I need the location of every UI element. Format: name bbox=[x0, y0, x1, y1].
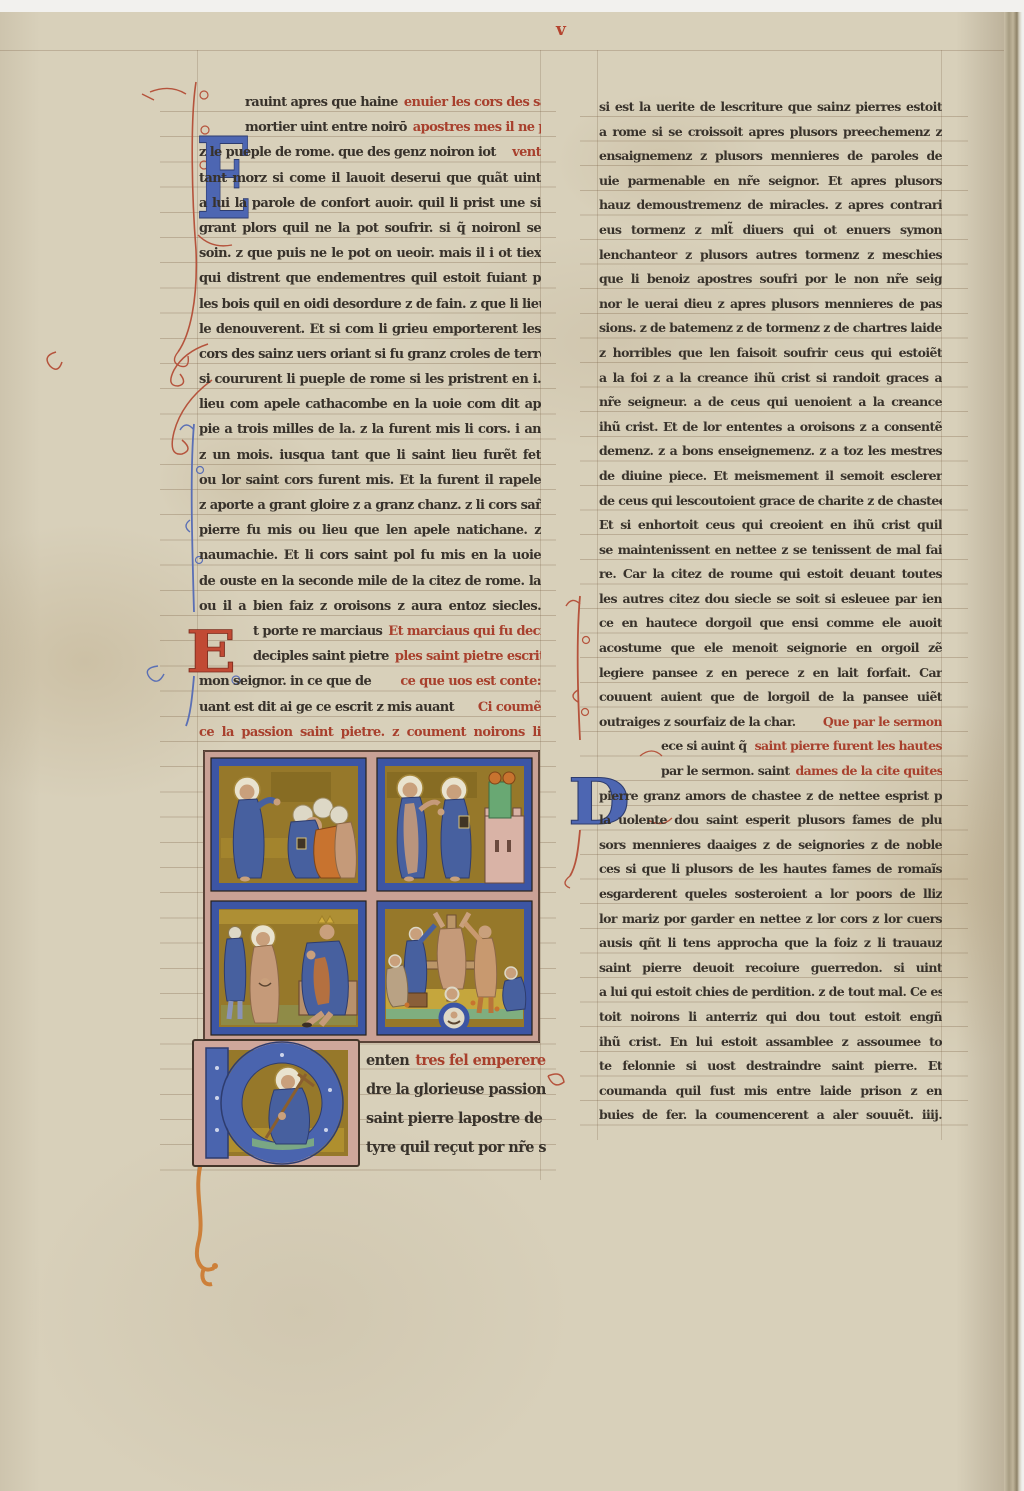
body-text: cors des sainz uers oriant si fu granz c… bbox=[199, 347, 541, 362]
body-text: par le sermon. saint bbox=[661, 759, 790, 784]
text-line: eus tormenz z mlt̃ diuers qui ot enuers … bbox=[599, 218, 942, 243]
text-line: saint pierre lapostre de son mar bbox=[366, 1104, 546, 1133]
body-text: z le pueple de rome. que des genz noiron… bbox=[199, 140, 496, 165]
text-line: saint pierre deuoit recoiure guerredon. … bbox=[599, 956, 942, 981]
text-line: ou il a bien faiz z oroisons z aura ento… bbox=[199, 594, 541, 619]
body-text: sors mennieres daaiges z de seignories z… bbox=[599, 837, 942, 852]
text-line: acostume que ele menoit seignorie en org… bbox=[599, 636, 942, 661]
right-text-column: si est la uerite de lescriture que sainz… bbox=[599, 95, 942, 1128]
text-line: a la foi z a la creance ihũ crist si ran… bbox=[599, 366, 942, 391]
text-line: de ceus qui lescoutoient grace de charit… bbox=[599, 489, 942, 514]
body-text: z aporte a grant gloire z a granz chanz.… bbox=[199, 498, 541, 513]
text-line: de diuine piece. Et meismement il semoit… bbox=[599, 464, 942, 489]
historiated-initial-d bbox=[190, 1038, 370, 1290]
body-text: a la foi z a la creance ihũ crist si ran… bbox=[599, 370, 942, 385]
text-line: lenchanteor z plusors autres tormenz z m… bbox=[599, 243, 942, 268]
body-text: que li benoiz apostres soufri por le non… bbox=[599, 271, 942, 286]
text-line: les bois quil en oidi desordure z de fai… bbox=[199, 292, 541, 317]
body-text: mortier uint entre noirō bbox=[245, 115, 407, 140]
body-text: si coururent li pueple de rome si les pr… bbox=[199, 372, 541, 387]
body-text: a lui la parole de confort auoir. quil l… bbox=[199, 196, 541, 211]
text-line: uie parmenable en nr̃e seignor. Et apres… bbox=[599, 169, 942, 194]
text-line: sions. z de batemenz z de tormenz z de c… bbox=[599, 316, 942, 341]
text-line: te felonnie si uost destraindre saint pi… bbox=[599, 1054, 942, 1079]
text-line: ausis qñt li tens approcha que la foiz z… bbox=[599, 931, 942, 956]
text-line: coumanda quil fust mis entre laide priso… bbox=[599, 1079, 942, 1104]
body-text: mon seignor. in ce que de bbox=[199, 669, 371, 694]
panel-martyrdom bbox=[377, 901, 532, 1035]
body-text: les bois quil en oidi desordure z de fai… bbox=[199, 297, 541, 312]
text-line: z un mois. iusqua tant que li saint lieu… bbox=[199, 443, 541, 468]
rubric-text: Que par le sermon bbox=[823, 710, 942, 735]
text-line: ce la passion saint pietre. z coument no… bbox=[199, 720, 541, 745]
body-text: outraiges z sourfaiz de la char. bbox=[599, 710, 796, 735]
body-text: pie a trois milles de la. z la furent mi… bbox=[199, 422, 541, 437]
panel-preaching bbox=[211, 758, 366, 891]
text-line: rauint apres que haineenuier les cors de… bbox=[199, 90, 541, 115]
top-ruling-line bbox=[0, 50, 1004, 51]
panel-apostles-gate bbox=[377, 758, 532, 891]
body-text: enten bbox=[366, 1046, 409, 1075]
text-line: z le pueple de rome. que des genz noiron… bbox=[199, 140, 541, 165]
body-text: lor mariz por garder en nettee z lor cor… bbox=[599, 911, 942, 926]
body-text: ou lor saint cors furent mis. Et la fure… bbox=[199, 473, 541, 488]
body-text: se maintenissent en nettee z se tenissen… bbox=[599, 542, 942, 557]
text-line: ou lor saint cors furent mis. Et la fure… bbox=[199, 468, 541, 493]
body-text: re. Car la citez de roume qui estoit deu… bbox=[599, 566, 942, 581]
text-line: ce en hautece dorgoil que ensi comme ele… bbox=[599, 611, 942, 636]
text-line: si coururent li pueple de rome si les pr… bbox=[199, 367, 541, 392]
left-text-column: rauint apres que haineenuier les cors de… bbox=[199, 90, 541, 745]
body-text: eus tormenz z mlt̃ diuers qui ot enuers … bbox=[599, 222, 942, 237]
body-text: nor le uerai dieu z apres plusors mennie… bbox=[599, 296, 942, 311]
quire-signature-mark: v bbox=[556, 20, 566, 40]
body-text: qui distrent que endementres quil estoit… bbox=[199, 271, 541, 286]
rubric-text: tres fel empereres les fist bbox=[415, 1046, 546, 1075]
body-text: a lui qui estoit chies de perdition. z d… bbox=[599, 984, 942, 999]
body-text: coumanda quil fust mis entre laide priso… bbox=[599, 1083, 942, 1098]
text-line: a rome si se croissoit apres plusors pre… bbox=[599, 120, 942, 145]
text-line: se maintenissent en nettee z se tenissen… bbox=[599, 538, 942, 563]
text-line: cors des sainz uers oriant si fu granz c… bbox=[199, 342, 541, 367]
text-line: ces si que li plusors de les hautes fame… bbox=[599, 857, 942, 882]
body-text: legiere pansee z en perece z en lait for… bbox=[599, 665, 942, 680]
text-line: sors mennieres daaiges z de seignories z… bbox=[599, 833, 942, 858]
text-line: a lui qui estoit chies de perdition. z d… bbox=[599, 980, 942, 1005]
text-line: par le sermon. saintdames de la cite qui… bbox=[599, 759, 942, 784]
rubric-text: apostres mes il ne po bbox=[413, 115, 541, 140]
body-text: toit noirons li anterriz qui dou tout es… bbox=[599, 1009, 942, 1024]
text-line: soin. z que puis ne le pot on ueoir. mai… bbox=[199, 241, 541, 266]
body-text: deciples saint pietre bbox=[253, 644, 389, 669]
text-line: lor mariz por garder en nettee z lor cor… bbox=[599, 907, 942, 932]
body-text: t porte re marciaus bbox=[253, 619, 382, 644]
text-line: ententres fel empereres les fist bbox=[366, 1046, 546, 1075]
text-line: mon seignor. in ce que dece que uos est … bbox=[199, 669, 541, 694]
rubric-text: saint pierre furent les hautes bbox=[755, 734, 942, 759]
body-text: couuent auient que de lorgoil de la pans… bbox=[599, 689, 942, 704]
book-fore-edge bbox=[1004, 12, 1024, 1491]
body-text: ensaignemenz z plusors mennieres de paro… bbox=[599, 148, 942, 163]
body-text: tyre quil reçut por nr̃e seignor bbox=[366, 1139, 546, 1156]
text-line: re. Car la citez de roume qui estoit deu… bbox=[599, 562, 942, 587]
body-text: grant plors quil ne la pot soufrir. si q… bbox=[199, 221, 541, 236]
text-line: de ouste en la seconde mile de la citez … bbox=[199, 569, 541, 594]
body-text: saint pierre lapostre de son mar bbox=[366, 1110, 546, 1127]
orange-flourish-tail bbox=[197, 1160, 214, 1284]
text-line: z aporte a grant gloire z a granz chanz.… bbox=[199, 493, 541, 518]
text-line: lieu com apele cathacombe en la uoie com… bbox=[199, 392, 541, 417]
miniature-four-panels bbox=[203, 750, 540, 1043]
rubric-text: ce que uos est conte: bbox=[400, 669, 541, 694]
body-text: z un mois. iusqua tant que li saint lieu… bbox=[199, 448, 541, 463]
body-text: les autres citez dou siecle se soit si e… bbox=[599, 591, 942, 606]
text-line: legiere pansee z en perece z en lait for… bbox=[599, 661, 942, 686]
body-text: saint pierre deuoit recoiure guerredon. … bbox=[599, 960, 942, 975]
text-line: le denouverent. Et si com li grieu empor… bbox=[199, 317, 541, 342]
text-line: tyre quil reçut por nr̃e seignor bbox=[366, 1133, 546, 1162]
body-text: z horribles que len faisoit soufrir ceus… bbox=[599, 345, 942, 360]
body-text: le denouverent. Et si com li grieu empor… bbox=[199, 322, 541, 337]
body-text: hauz demoustremenz de miracles. z apres … bbox=[599, 197, 942, 212]
body-text: ausis qñt li tens approcha que la foiz z… bbox=[599, 935, 942, 950]
text-line: nr̃e seigneur. a de ceus qui uenoient a … bbox=[599, 390, 942, 415]
rubric-text: enuier les cors des sañz bbox=[404, 90, 541, 115]
rubric-text: Et marciaus qui fu deci bbox=[388, 619, 541, 644]
text-line: toit noirons li anterriz qui dou tout es… bbox=[599, 1005, 942, 1030]
text-line: a lui la parole de confort auoir. quil l… bbox=[199, 191, 541, 216]
text-line: mortier uint entre noirōapostres mes il … bbox=[199, 115, 541, 140]
text-line: les autres citez dou siecle se soit si e… bbox=[599, 587, 942, 612]
text-line: ihũ crist. En lui estoit assamblee z ass… bbox=[599, 1030, 942, 1055]
body-text: demenz. z a bons enseignemenz. z a toz l… bbox=[599, 443, 942, 458]
body-text: de diuine piece. Et meismement il semoit… bbox=[599, 468, 942, 483]
text-line: grant plors quil ne la pot soufrir. si q… bbox=[199, 216, 541, 241]
text-line: z horribles que len faisoit soufrir ceus… bbox=[599, 341, 942, 366]
text-line: la uolente dou saint esperit plusors fam… bbox=[599, 808, 942, 833]
body-text: ou il a bien faiz z oroisons z aura ento… bbox=[199, 599, 541, 614]
body-text: sions. z de batemenz z de tormenz z de c… bbox=[599, 320, 942, 335]
body-text: nr̃e seigneur. a de ceus qui uenoient a … bbox=[599, 394, 942, 409]
rubric-text: ples saint pietre escrit bbox=[395, 644, 541, 669]
body-text: Et si enhortoit ceus qui creoient en ihũ… bbox=[599, 517, 942, 532]
body-text: acostume que ele menoit seignorie en org… bbox=[599, 640, 942, 655]
text-line: qui distrent que endementres quil estoit… bbox=[199, 266, 541, 291]
body-text: lieu com apele cathacombe en la uoie com… bbox=[199, 397, 541, 412]
body-text: uant est dit ai ge ce escrit z mis auant bbox=[199, 695, 454, 720]
rubric-text: Ci coumẽ bbox=[478, 695, 541, 720]
body-text: naumachie. Et li cors saint pol fu mis e… bbox=[199, 548, 541, 563]
text-line: hauz demoustremenz de miracles. z apres … bbox=[599, 193, 942, 218]
body-text: lenchanteor z plusors autres tormenz z m… bbox=[599, 247, 942, 262]
body-text: te felonnie si uost destraindre saint pi… bbox=[599, 1058, 942, 1073]
body-text: pierre fu mis ou lieu que len apele nati… bbox=[199, 523, 541, 538]
text-line: que li benoiz apostres soufri por le non… bbox=[599, 267, 942, 292]
body-text: ihũ crist. En lui estoit assamblee z ass… bbox=[599, 1034, 942, 1049]
body-text: la uolente dou saint esperit plusors fam… bbox=[599, 812, 942, 827]
body-text: ce en hautece dorgoil que ensi comme ele… bbox=[599, 615, 942, 630]
body-text: de ceus qui lescoutoient grace de charit… bbox=[599, 493, 942, 508]
body-text: ihũ crist. Et de lor ententes a oroisons… bbox=[599, 419, 942, 434]
initial-d-text-block: ententres fel empereres les fistdre la g… bbox=[366, 1046, 546, 1162]
body-text: de ouste en la seconde mile de la citez … bbox=[199, 574, 541, 589]
text-line: demenz. z a bons enseignemenz. z a toz l… bbox=[599, 439, 942, 464]
body-text: si est la uerite de lescriture que sainz… bbox=[599, 99, 942, 114]
text-line: si est la uerite de lescriture que sainz… bbox=[599, 95, 942, 120]
text-line: outraiges z sourfaiz de la char.Que par … bbox=[599, 710, 942, 735]
text-line: pierre fu mis ou lieu que len apele nati… bbox=[199, 518, 541, 543]
body-text: tant morz si come il lauoit deserui que … bbox=[199, 171, 541, 186]
text-line: t porte re marciausEt marciaus qui fu de… bbox=[199, 619, 541, 644]
body-text: pierre granz amors de chastee z de nette… bbox=[599, 788, 942, 803]
body-text: uie parmenable en nr̃e seignor. Et apres… bbox=[599, 173, 942, 188]
text-line: dre la glorieuse passionocirre bbox=[366, 1075, 546, 1104]
text-line: ensaignemenz z plusors mennieres de paro… bbox=[599, 144, 942, 169]
text-line: couuent auient que de lorgoil de la pans… bbox=[599, 685, 942, 710]
text-line: deciples saint pietreples saint pietre e… bbox=[199, 644, 541, 669]
text-line: pie a trois milles de la. z la furent mi… bbox=[199, 417, 541, 442]
text-line: naumachie. Et li cors saint pol fu mis e… bbox=[199, 543, 541, 568]
text-line: tant morz si come il lauoit deserui que … bbox=[199, 166, 541, 191]
body-text: soin. z que puis ne le pot on ueoir. mai… bbox=[199, 246, 541, 261]
body-text: buies de fer. la coumencerent a aler sou… bbox=[599, 1107, 942, 1122]
text-line: nor le uerai dieu z apres plusors mennie… bbox=[599, 292, 942, 317]
body-text: ces si que li plusors de les hautes fame… bbox=[599, 861, 942, 876]
text-line: ece si auint q̃saint pierre furent les h… bbox=[599, 734, 942, 759]
body-text: a rome si se croissoit apres plusors pre… bbox=[599, 124, 942, 139]
rubric-text: vent bbox=[512, 140, 541, 165]
body-text: esgarderent queles sosteroient a lor poo… bbox=[599, 886, 942, 901]
body-text: rauint apres que haine bbox=[245, 90, 398, 115]
text-line: uant est dit ai ge ce escrit z mis auant… bbox=[199, 695, 541, 720]
rubric-text: ce la passion saint pietre. z coument no… bbox=[199, 725, 541, 740]
text-line: pierre granz amors de chastee z de nette… bbox=[599, 784, 942, 809]
text-line: esgarderent queles sosteroient a lor poo… bbox=[599, 882, 942, 907]
body-text: ece si auint q̃ bbox=[661, 734, 747, 759]
text-line: ihũ crist. Et de lor ententes a oroisons… bbox=[599, 415, 942, 440]
text-line: Et si enhortoit ceus qui creoient en ihũ… bbox=[599, 513, 942, 538]
body-text: dre la glorieuse passion bbox=[366, 1075, 546, 1104]
text-line: buies de fer. la coumencerent a aler sou… bbox=[599, 1103, 942, 1128]
rubric-text: dames de la cite quites bbox=[796, 759, 942, 784]
